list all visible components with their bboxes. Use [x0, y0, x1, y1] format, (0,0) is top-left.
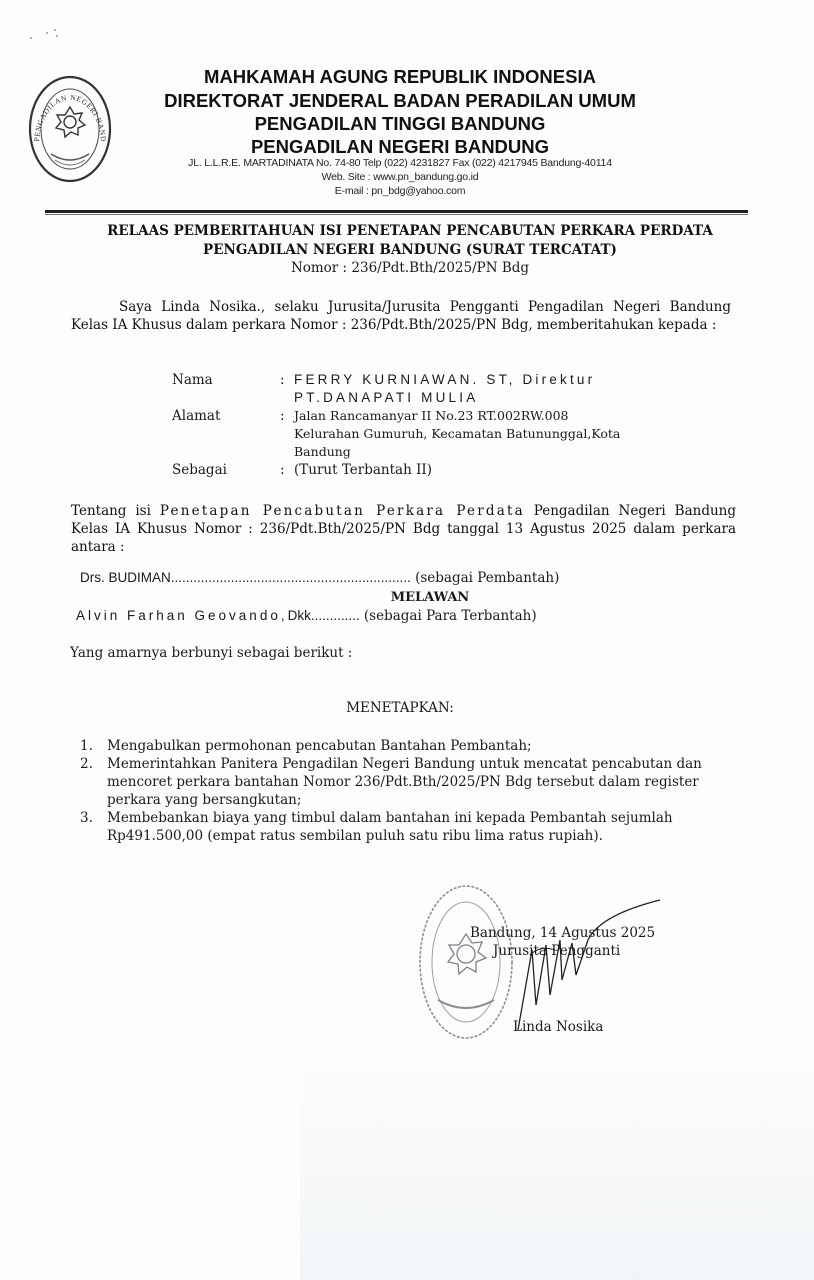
recipient-address-row: Alamat : Jalan Rancamanyar II No.23 RT.0… [172, 407, 742, 461]
recipient-role-row: Sebagai : (Turut Terbantah II) [172, 461, 742, 479]
signature-position: Jurusita Pengganti [493, 943, 620, 959]
letterhead-line-2: DIREKTORAT JENDERAL BADAN PERADILAN UMUM [130, 90, 670, 112]
recipient-address-1: Jalan Rancamanyar II No.23 RT.002RW.008 [294, 407, 742, 425]
ruling-item: 3.Membebankan biaya yang timbul dalam ba… [80, 809, 720, 845]
party-defendants: Alvin Farhan Geovando,Dkk............. (… [76, 608, 537, 624]
rulings-list: 1.Mengabulkan permohonan pencabutan Bant… [80, 737, 720, 845]
handwritten-signature-icon [510, 895, 670, 1035]
name-label: Nama [172, 371, 280, 407]
versus-label: MELAWAN [330, 590, 530, 605]
ruling-item: 1.Mengabulkan permohonan pencabutan Bant… [80, 737, 720, 755]
case-number: Nomor : 236/Pdt.Bth/2025/PN Bdg [40, 260, 780, 276]
recipient-name-row: Nama : FERRY KURNIAWAN. ST, Direktur PT.… [172, 371, 742, 407]
letterhead-line-4: PENGADILAN NEGERI BANDUNG [130, 136, 670, 158]
svg-text:PENGADILAN NEGERI BANDUNG: PENGADILAN NEGERI BANDUNG [27, 74, 108, 142]
letterhead-website: Web. Site : www.pn_bandung.go.id [120, 171, 680, 183]
recipient-address-2: Kelurahan Gumuruh, Kecamatan Batununggal… [294, 425, 742, 443]
court-seal-icon: PENGADILAN NEGERI BANDUNG [27, 74, 113, 184]
ruling-item: 2.Memerintahkan Panitera Pengadilan Nege… [80, 755, 720, 809]
address-label: Alamat [172, 407, 280, 461]
subject-paragraph: Tentang isi Penetapan Pencabutan Perkara… [71, 502, 736, 556]
letterhead-email: E-mail : pn_bdg@yahoo.com [120, 185, 680, 197]
scan-specks [26, 25, 76, 45]
signature-place-date: Bandung, 14 Agustus 2025 [470, 925, 655, 941]
letterhead-address: JL. L.L.R.E. MARTADINATA No. 74-80 Telp … [120, 157, 680, 169]
recipient-company: PT.DANAPATI MULIA [294, 389, 742, 407]
party-plaintiff: Drs. BUDIMAN............................… [80, 570, 559, 586]
letterhead-line-1: MAHKAMAH AGUNG REPUBLIK INDONESIA [130, 66, 670, 88]
role-label: Sebagai [172, 461, 280, 479]
document-title: RELAAS PEMBERITAHUAN ISI PENETAPAN PENCA… [40, 223, 780, 239]
letterhead-line-3: PENGADILAN TINGGI BANDUNG [130, 113, 670, 135]
paper-shadow [300, 1060, 814, 1280]
decision-heading: MENETAPKAN: [300, 700, 500, 716]
recipient-name: FERRY KURNIAWAN. ST, Direktur [294, 371, 742, 389]
letterhead-divider [45, 210, 748, 213]
recipient-details: Nama : FERRY KURNIAWAN. ST, Direktur PT.… [172, 371, 742, 479]
recipient-role: (Turut Terbantah II) [294, 461, 742, 479]
official-stamp-icon [416, 882, 516, 1042]
document-subtitle: PENGADILAN NEGERI BANDUNG (SURAT TERCATA… [40, 242, 780, 258]
signatory-name: Linda Nosika [513, 1019, 603, 1035]
letterhead-divider-thin [45, 214, 748, 215]
opening-paragraph: Saya Linda Nosika., selaku Jurusita/Juru… [71, 298, 731, 334]
amar-intro: Yang amarnya berbunyi sebagai berikut : [70, 645, 352, 661]
recipient-address-3: Bandung [294, 443, 742, 461]
